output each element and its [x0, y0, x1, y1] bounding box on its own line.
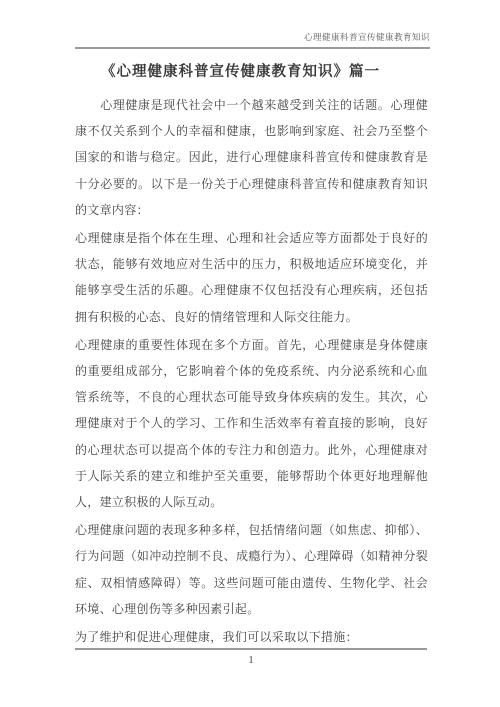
page-header: 心理健康科普宣传健康教育知识	[75, 31, 430, 49]
body-paragraph: 心理健康问题的表现多种多样，包括情绪问题（如焦虑、抑郁）、行为问题（如冲动控制不…	[75, 517, 428, 622]
page-footer: 1	[75, 648, 427, 668]
document-body: 心理健康是现代社会中一个越来越受到关注的话题。心理健康不仅关系到个人的幸福和健康…	[75, 92, 428, 652]
page-header-text: 心理健康科普宣传健康教育知识	[304, 32, 430, 42]
body-paragraph: 心理健康是指个体在生理、心理和社会适应等方面都处于良好的状态，能够有效地应对生活…	[75, 225, 428, 330]
body-paragraph: 心理健康是现代社会中一个越来越受到关注的话题。心理健康不仅关系到个人的幸福和健康…	[75, 92, 428, 223]
document-title: 《心理健康科普宣传健康教育知识》篇一	[75, 60, 430, 81]
document-page: 心理健康科普宣传健康教育知识 《心理健康科普宣传健康教育知识》篇一 心理健康是现…	[0, 0, 500, 707]
page-number: 1	[248, 654, 254, 666]
body-paragraph: 心理健康的重要性体现在多个方面。首先，心理健康是身体健康的重要组成部分，它影响着…	[75, 332, 428, 515]
body-paragraph: 为了维护和促进心理健康，我们可以采取以下措施：	[75, 624, 428, 650]
